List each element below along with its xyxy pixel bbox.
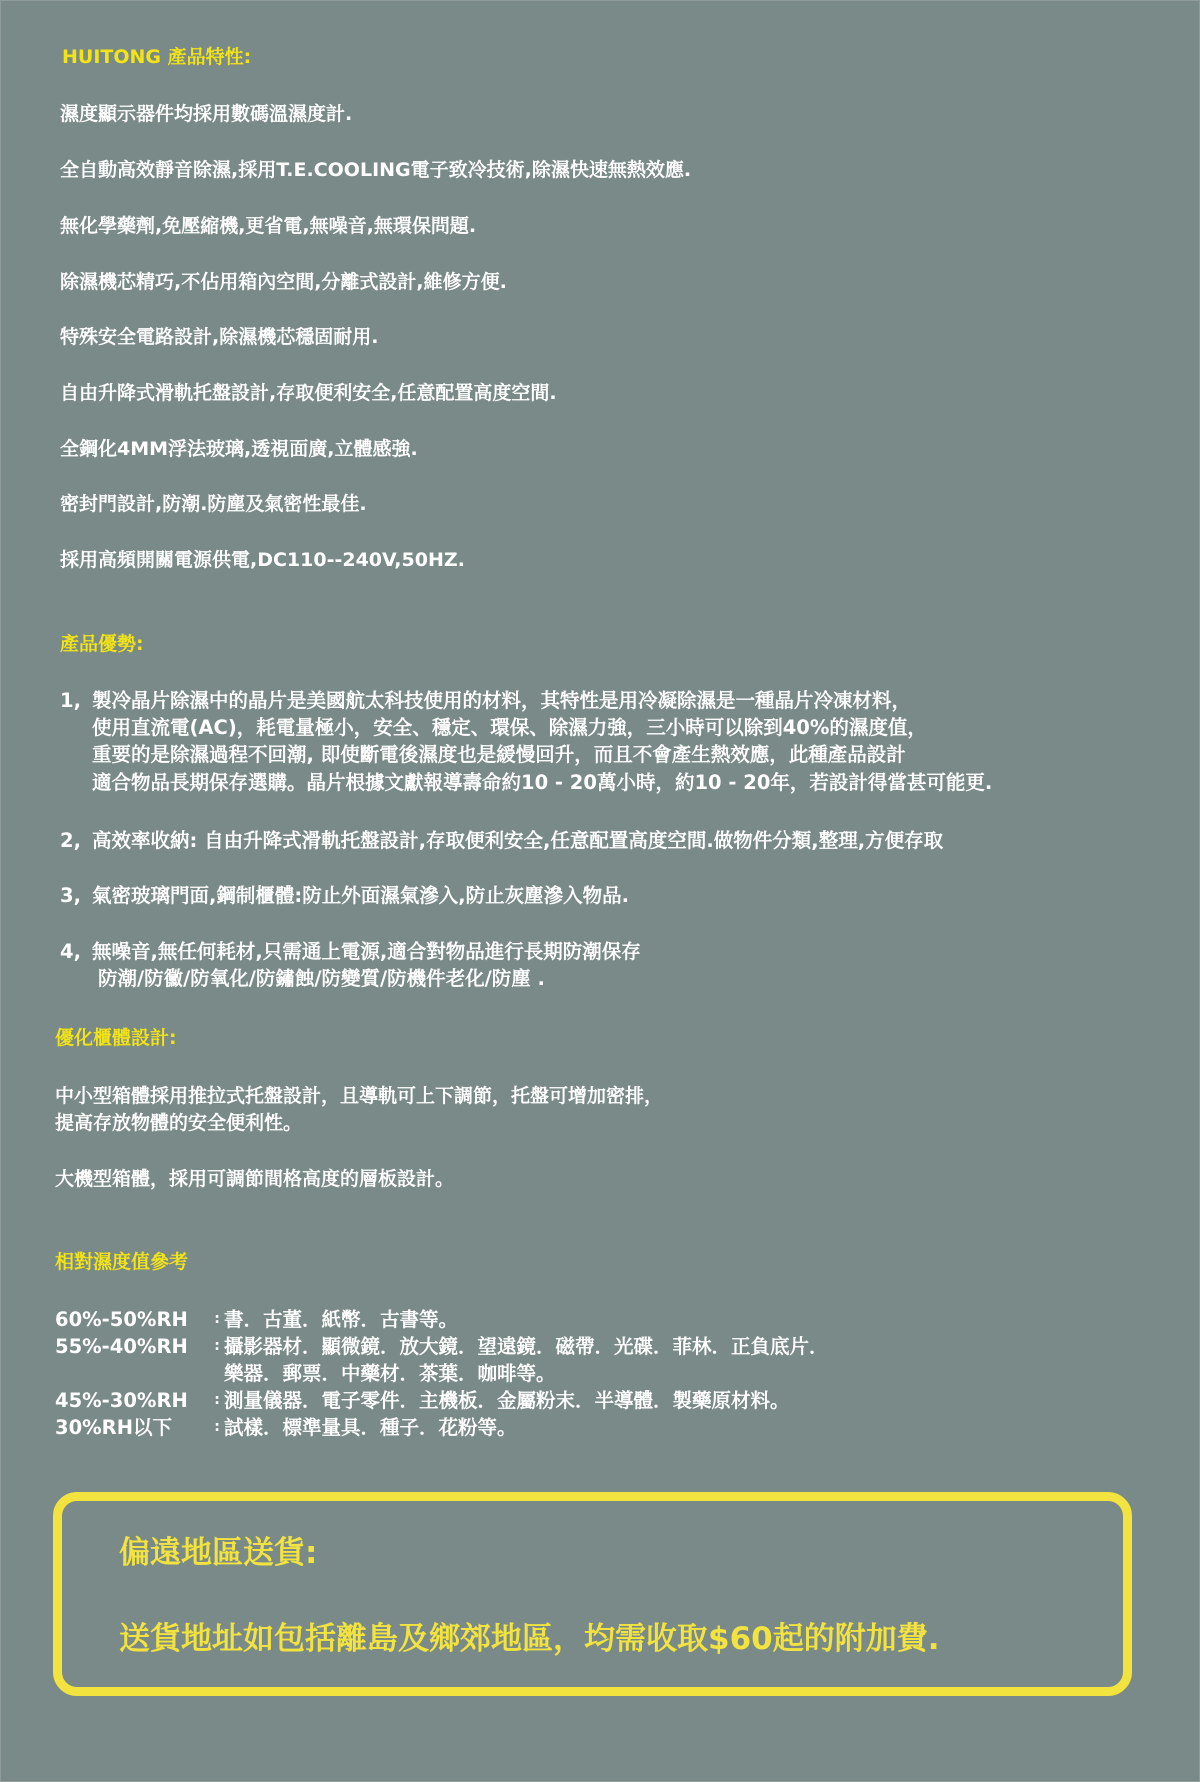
feature-item: 採用高頻開關電源供電,DC110--240V,50HZ.	[60, 548, 465, 572]
remote-delivery-text: 送貨地址如包括離島及鄉郊地區，均需收取$60起的附加費.	[119, 1619, 939, 1659]
advantage-line: 適合物品長期保存選購。晶片根據文獻報導壽命約10 - 20萬小時，約10 - 2…	[92, 769, 992, 797]
advantage-line: 防潮/防黴/防氧化/防鏽蝕/防變質/防機件老化/防塵 .	[98, 965, 545, 993]
feature-item: 無化學藥劑,免壓縮機,更省電,無噪音,無環保問題.	[60, 214, 476, 238]
humidity-row: 樂器．郵票．中藥材．茶葉．咖啡等。	[55, 1360, 556, 1387]
advantage-line: 高效率收納: 自由升降式滑軌托盤設計,存取便利安全,任意配置高度空間.做物件分類…	[92, 827, 943, 855]
cabinet-design-line: 提高存放物體的安全便利性。	[55, 1111, 302, 1135]
humidity-items: 攝影器材．顯微鏡．放大鏡．望遠鏡．磁帶．光碟．菲林．正負底片．	[224, 1333, 829, 1360]
humidity-colon	[210, 1360, 224, 1387]
humidity-row: 30%RH以下 : 試樣．標準量具．種子．花粉等。	[55, 1414, 517, 1441]
feature-item: 密封門設計,防潮.防塵及氣密性最佳.	[60, 492, 367, 516]
feature-item: 除濕機芯精巧,不佔用箱內空間,分離式設計,維修方便.	[60, 270, 507, 294]
humidity-row: 45%-30%RH : 測量儀器．電子零件．主機板．金屬粉末．半導體．製藥原材料…	[55, 1387, 790, 1414]
feature-item: 特殊安全電路設計,除濕機芯穩固耐用.	[60, 325, 378, 349]
humidity-row: 60%-50%RH : 書．古董．紙幣．古書等。	[55, 1306, 458, 1333]
humidity-range-label: 55%-40%RH	[55, 1333, 210, 1360]
advantage-line: 氣密玻璃門面,鋼制櫃體:防止外面濕氣滲入,防止灰塵滲入物品.	[92, 882, 629, 910]
humidity-range-label: 30%RH以下	[55, 1414, 210, 1441]
humidity-range-label: 60%-50%RH	[55, 1306, 210, 1333]
humidity-colon: :	[210, 1387, 224, 1414]
remote-delivery-notice: 偏遠地區送貨: 送貨地址如包括離島及鄉郊地區，均需收取$60起的附加費.	[53, 1492, 1132, 1696]
feature-item: 全自動高效靜音除濕,採用T.E.COOLING電子致冷技術,除濕快速無熱效應.	[60, 158, 691, 182]
humidity-row: 55%-40%RH : 攝影器材．顯微鏡．放大鏡．望遠鏡．磁帶．光碟．菲林．正負…	[55, 1333, 829, 1360]
cabinet-design-line: 大機型箱體，採用可調節間格高度的層板設計。	[55, 1167, 454, 1191]
advantage-line: 使用直流電(AC)，耗電量極小，安全、穩定、環保、除濕力強，三小時可以除到40%…	[92, 714, 927, 742]
feature-item: 全鋼化4MM浮法玻璃,透視面廣,立體感強.	[60, 437, 418, 461]
advantage-number: 2,	[60, 827, 81, 855]
cabinet-design-line: 中小型箱體採用推拉式托盤設計，且導軌可上下調節，托盤可增加密排，	[55, 1084, 663, 1108]
features-title: HUITONG 產品特性:	[62, 45, 251, 69]
feature-item: 自由升降式滑軌托盤設計,存取便利安全,任意配置高度空間.	[60, 381, 557, 405]
humidity-colon: :	[210, 1414, 224, 1441]
advantage-number: 3,	[60, 882, 81, 910]
humidity-colon: :	[210, 1306, 224, 1333]
humidity-range-label	[55, 1360, 210, 1387]
remote-delivery-title: 偏遠地區送貨:	[119, 1533, 317, 1573]
advantage-number: 1,	[60, 687, 81, 715]
advantage-line: 無噪音,無任何耗材,只需通上電源,適合對物品進行長期防潮保存	[92, 938, 641, 966]
humidity-items: 樂器．郵票．中藥材．茶葉．咖啡等。	[224, 1360, 556, 1387]
advantage-line: 製冷晶片除濕中的晶片是美國航太科技使用的材料，其特性是用冷凝除濕是一種晶片冷凍材…	[92, 687, 911, 715]
humidity-colon: :	[210, 1333, 224, 1360]
advantages-title: 產品優勢:	[60, 632, 144, 656]
humidity-items: 書．古董．紙幣．古書等。	[224, 1306, 458, 1333]
advantage-line: 重要的是除濕過程不回潮, 即使斷電後濕度也是緩慢回升，而且不會產生熱效應，此種產…	[92, 741, 906, 769]
humidity-items: 測量儀器．電子零件．主機板．金屬粉末．半導體．製藥原材料。	[224, 1387, 790, 1414]
humidity-range-label: 45%-30%RH	[55, 1387, 210, 1414]
feature-item: 濕度顯示器件均採用數碼溫濕度計.	[60, 102, 352, 126]
advantage-number: 4,	[60, 938, 81, 966]
cabinet-design-title: 優化櫃體設計:	[55, 1026, 177, 1050]
humidity-items: 試樣．標準量具．種子．花粉等。	[224, 1414, 517, 1441]
humidity-reference-title: 相對濕度值參考	[55, 1250, 188, 1274]
